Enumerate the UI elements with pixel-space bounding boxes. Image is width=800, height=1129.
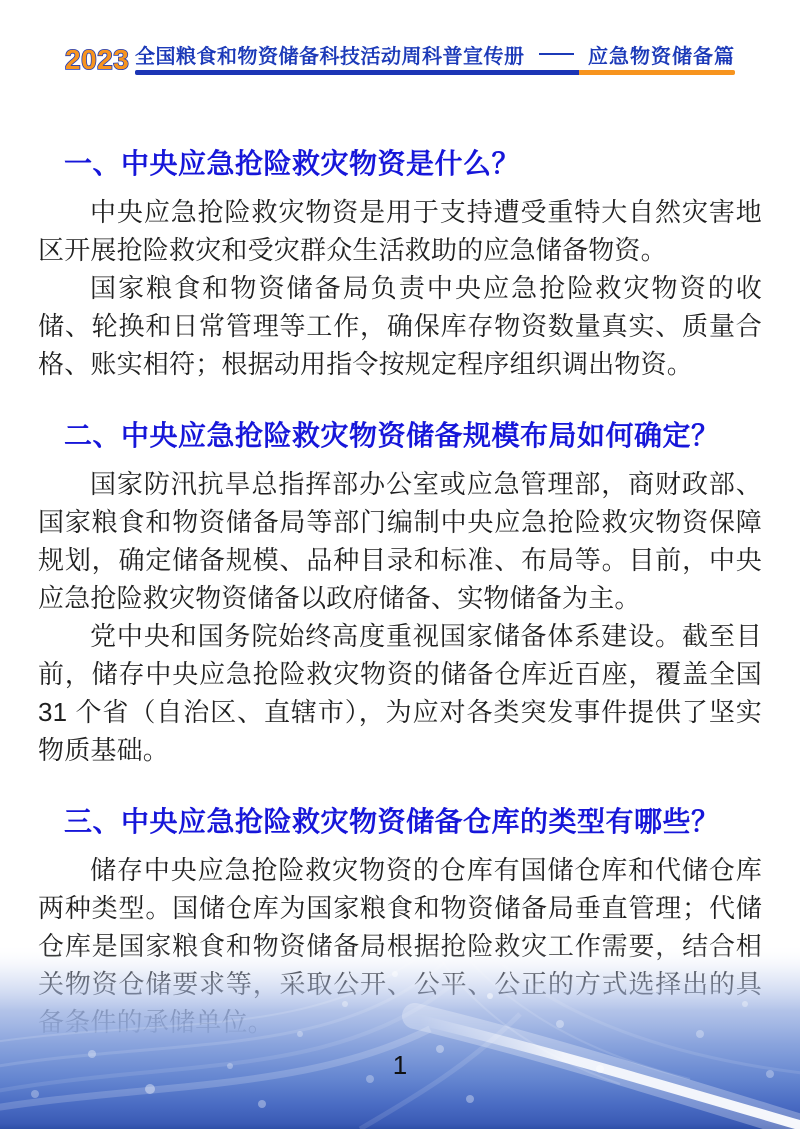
section-1-paragraph-2: 国家粮食和物资储备局负责中央应急抢险救灾物资的收储、轮换和日常管理等工作，确保库… — [38, 269, 762, 383]
page-content: 一、中央应急抢险救灾物资是什么？ 中央应急抢险救灾物资是用于支持遭受重特大自然灾… — [38, 112, 762, 1041]
section-3-heading: 三、中央应急抢险救灾物资储备仓库的类型有哪些？ — [64, 805, 762, 839]
booklet-page: 2023 全国粮食和物资储备科技活动周科普宣传册 应急物资储备篇 一、中央应急抢… — [0, 0, 800, 1129]
year-logo-text: 2023 — [65, 44, 129, 75]
section-1-paragraph-1: 中央应急抢险救灾物资是用于支持遭受重特大自然灾害地区开展抢险救灾和受灾群众生活救… — [38, 193, 762, 269]
header-underline-rule — [135, 70, 735, 75]
year-logo: 2023 — [65, 42, 129, 76]
rule-orange-segment — [579, 70, 735, 75]
section-2-heading: 二、中央应急抢险救灾物资储备规模布局如何确定？ — [64, 419, 762, 453]
rule-blue-segment — [135, 70, 579, 75]
page-header: 2023 全国粮食和物资储备科技活动周科普宣传册 应急物资储备篇 — [65, 42, 735, 76]
section-2-paragraph-2: 党中央和国务院始终高度重视国家储备体系建设。截至目前，储存中央应急抢险救灾物资的… — [38, 617, 762, 769]
page-number: 1 — [0, 1050, 800, 1081]
edition-title: 应急物资储备篇 — [588, 40, 735, 69]
section-1: 一、中央应急抢险救灾物资是什么？ 中央应急抢险救灾物资是用于支持遭受重特大自然灾… — [38, 147, 762, 383]
header-divider-line — [539, 53, 575, 55]
footer-wave-graphic: 1 — [0, 944, 800, 1129]
wave-illustration — [0, 944, 800, 1129]
section-2: 二、中央应急抢险救灾物资储备规模布局如何确定？ 国家防汛抗旱总指挥部办公室或应急… — [38, 419, 762, 769]
booklet-title: 全国粮食和物资储备科技活动周科普宣传册 — [135, 40, 525, 69]
section-1-heading: 一、中央应急抢险救灾物资是什么？ — [64, 147, 762, 181]
section-2-paragraph-1: 国家防汛抗旱总指挥部办公室或应急管理部，商财政部、国家粮食和物资储备局等部门编制… — [38, 465, 762, 617]
